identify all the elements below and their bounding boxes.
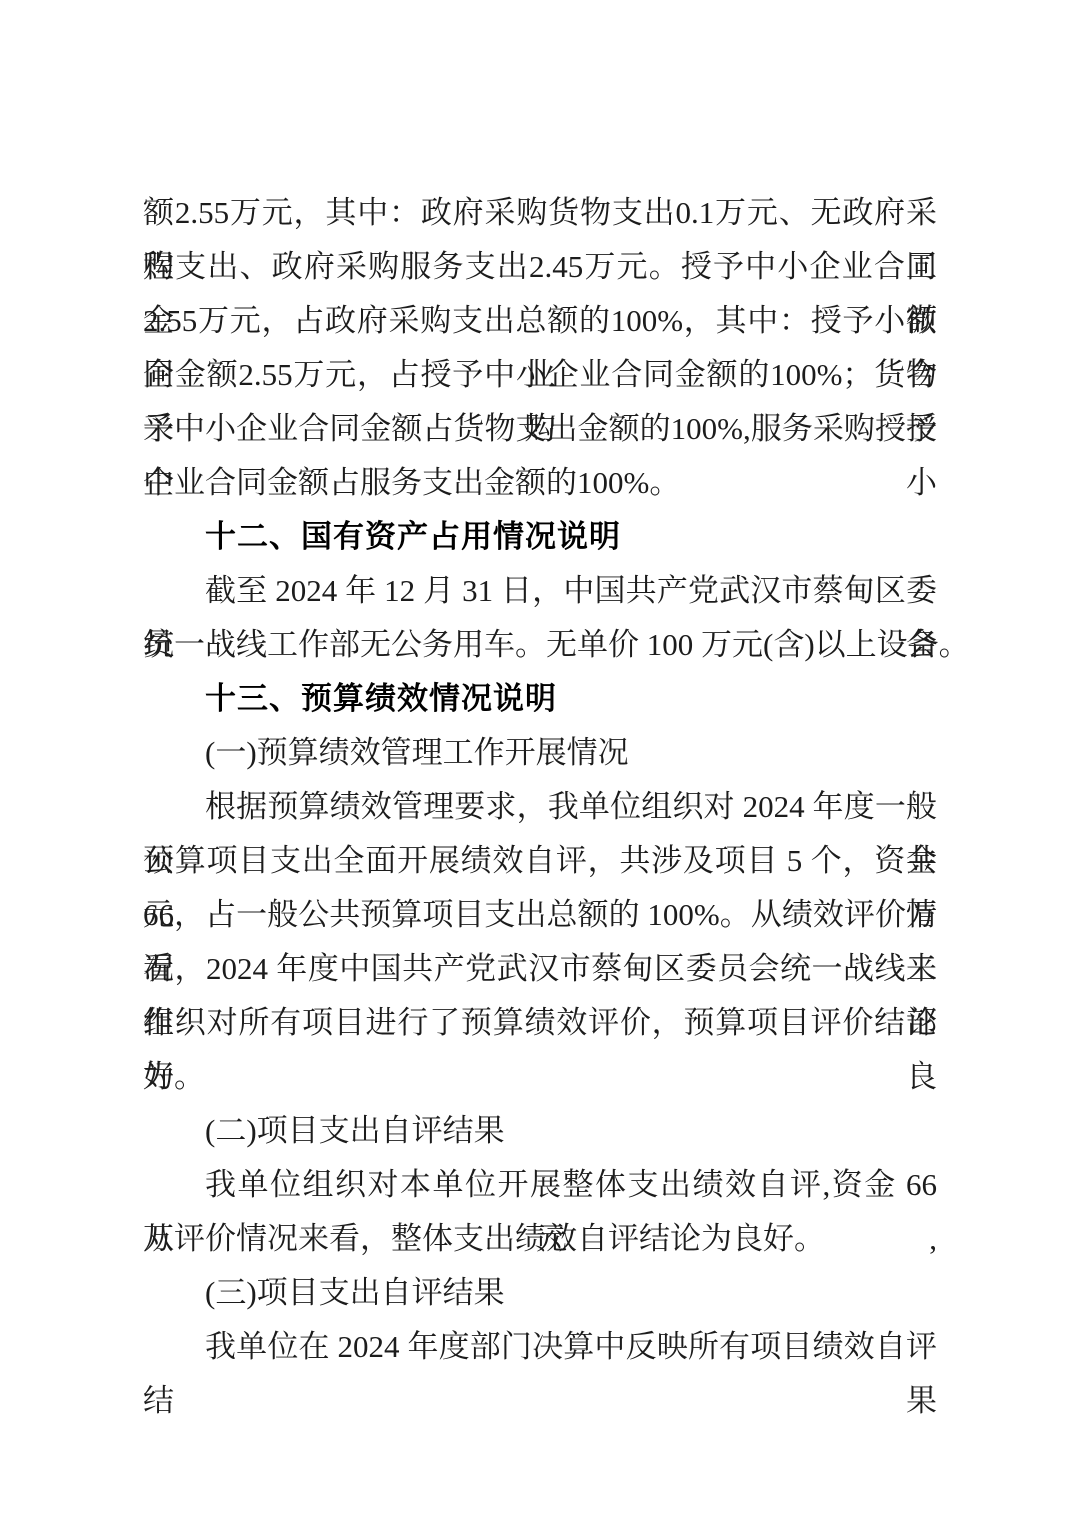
body-line: 预算项目支出全面开展绩效自评，共涉及项目 5 个，资金 66 万 — [143, 834, 937, 888]
subsection-heading-1: (一)预算绩效管理工作开展情况 — [143, 726, 937, 780]
body-line: 根据预算绩效管理要求，我单位组织对 2024 年度一般公共 — [143, 780, 937, 834]
body-line: 统一战线工作部无公务用车。无单价 100 万元(含)以上设备。 — [143, 618, 937, 672]
body-line: 看，2024 年度中国共产党武汉市蔡甸区委员会统一战线工作部 — [143, 942, 937, 996]
body-line: 程支出、政府采购服务支出2.45万元。授予中小企业合同金额 — [143, 240, 937, 294]
document-page: 额2.55万元，其中：政府采购货物支出0.1万元、无政府采购工 程支出、政府采购… — [0, 0, 1074, 1520]
body-line: 予中小企业合同金额占货物支出金额的100%,服务采购授予中小 — [143, 402, 937, 456]
body-line: 元，占一般公共预算项目支出总额的 100%。从绩效评价情况来 — [143, 888, 937, 942]
body-line: 从评价情况来看，整体支出绩效自评结论为良好。 — [143, 1212, 937, 1266]
body-line: 组织对所有项目进行了预算绩效评价，预算项目评价结论为良 — [143, 996, 937, 1050]
body-line: 截至 2024 年 12 月 31 日，中国共产党武汉市蔡甸区委员会 — [143, 564, 937, 618]
body-line: 我单位组织对本单位开展整体支出绩效自评,资金 66 万元, — [143, 1158, 937, 1212]
body-line: 同金额2.55万元，占授予中小企业合同金额的100%；货物采购授 — [143, 348, 937, 402]
section-heading-12: 十二、国有资产占用情况说明 — [143, 510, 937, 564]
body-line: 2.55万元，占政府采购支出总额的100%，其中：授予小微企业合 — [143, 294, 937, 348]
subsection-heading-2: (二)项目支出自评结果 — [143, 1104, 937, 1158]
document-body: 额2.55万元，其中：政府采购货物支出0.1万元、无政府采购工 程支出、政府采购… — [143, 186, 937, 1374]
body-line: 额2.55万元，其中：政府采购货物支出0.1万元、无政府采购工 — [143, 186, 937, 240]
body-line: 我单位在 2024 年度部门决算中反映所有项目绩效自评结果 — [143, 1320, 937, 1374]
subsection-heading-3: (三)项目支出自评结果 — [143, 1266, 937, 1320]
section-heading-13: 十三、预算绩效情况说明 — [143, 672, 937, 726]
